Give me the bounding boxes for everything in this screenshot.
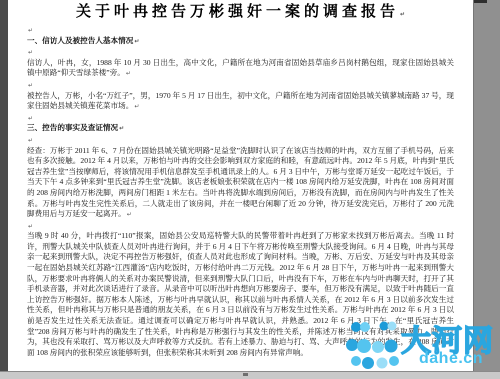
document-page: 关于叶冉控告万彬强奸一案的调查报告↵ ↵ 一、信访人及被控告人基本情况↵ ↵ 信… [8, 0, 474, 371]
page-gap-marker [243, 373, 248, 376]
paragraph-mark: ↵ [126, 70, 131, 77]
paragraph-mark: ↵ [28, 27, 33, 34]
section-heading-facts: 三、控告的事实及查证情况↵ [27, 123, 454, 135]
document-title: 关于叶冉控告万彬强奸一案的调查报告↵ [27, 3, 454, 24]
paragraph-followup: 当晚 9 时 40 分，叶冉拨打“110”报案，固始县公安局巡特警大队的民警带着… [27, 231, 454, 358]
paragraph-mark: ↵ [28, 49, 33, 56]
paragraph-mark: ↵ [127, 211, 132, 218]
paragraph-mark: ↵ [28, 82, 33, 89]
paragraph-mark: ↵ [134, 103, 139, 110]
blank-line: ↵ [27, 47, 454, 58]
section-heading-basic-info: 一、信访人及被控告人基本情况↵ [27, 36, 454, 48]
paragraph-mark: ↵ [28, 137, 33, 144]
page-gap [0, 371, 500, 379]
blank-line: ↵ [27, 221, 454, 232]
paragraph-mark: ↵ [28, 115, 33, 122]
paragraph-investigation: 经查：万彬于 2011 年 6、7 月份在固始县城关镇光明路“足益堂”洗脚时认识… [27, 146, 454, 221]
paragraph-mark: ↵ [119, 125, 124, 132]
paragraph-mark: ↵ [400, 11, 405, 18]
blank-line: ↵ [27, 135, 454, 146]
app-background: { "document": { "title": "关于叶冉控告万彬强奸一案的调… [0, 0, 500, 379]
blank-line: ↵ [27, 113, 454, 124]
paragraph-mark: ↵ [28, 223, 33, 230]
paragraph-accused: 被控告人，万彬，小名“万红子”，男，1970 年 5 月 17 日出生，初中文化… [27, 91, 454, 113]
blank-line: ↵ [27, 25, 454, 36]
blank-line: ↵ [27, 80, 454, 91]
paragraph-mark: ↵ [134, 38, 139, 45]
app-left-margin [0, 0, 8, 372]
paragraph-complainant: 信访人，叶冉，女，1988 年 10 月 30 日出生，高中文化，户籍所在地为河… [27, 58, 454, 80]
